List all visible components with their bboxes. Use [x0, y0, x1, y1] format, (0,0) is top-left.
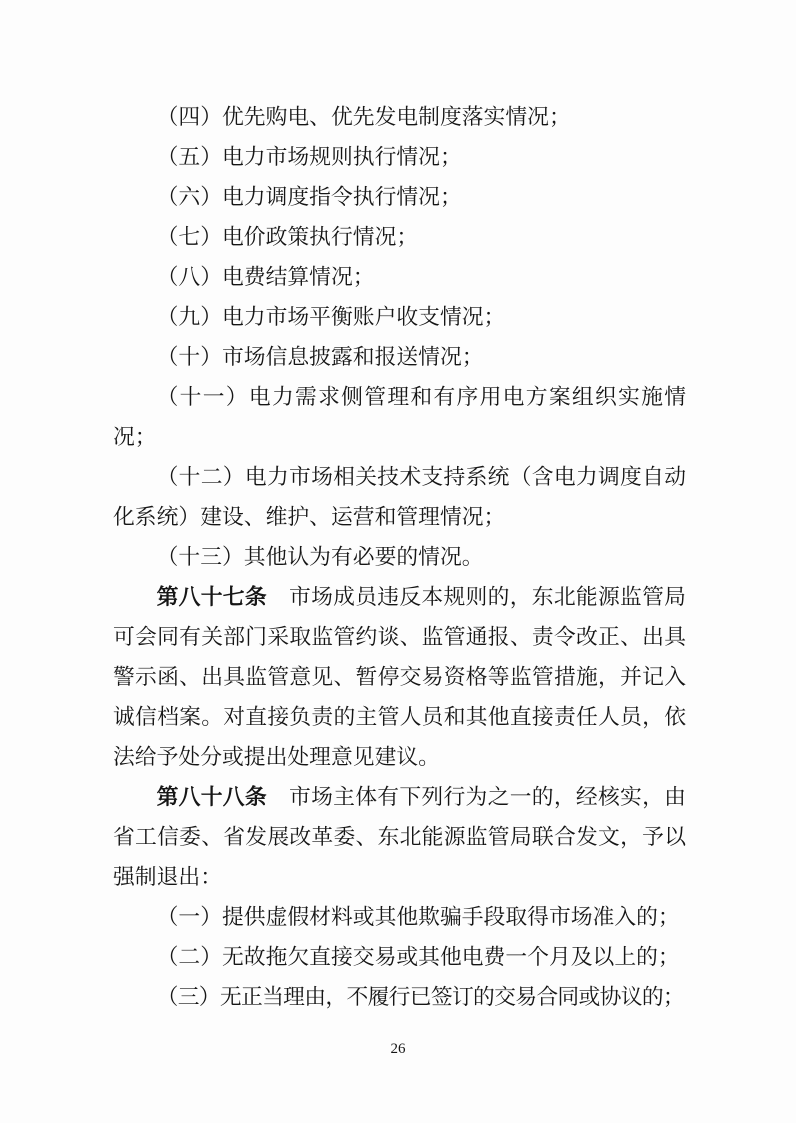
- paragraph-text: （十三）其他认为有必要的情况。: [157, 545, 484, 569]
- list-item-paragraph: （四）优先购电、优先发电制度落实情况；: [113, 97, 686, 137]
- list-item-paragraph: （六）电力调度指令执行情况；: [113, 177, 686, 217]
- list-item-paragraph: （一）提供虚假材料或其他欺骗手段取得市场准入的；: [113, 897, 686, 937]
- list-item-paragraph: （五）电力市场规则执行情况；: [113, 137, 686, 177]
- paragraph-text: （八）电费结算情况；: [157, 265, 375, 289]
- list-item-paragraph: （七）电价政策执行情况；: [113, 217, 686, 257]
- list-item-paragraph: （十二）电力市场相关技术支持系统（含电力调度自动化系统）建设、维护、运营和管理情…: [113, 457, 686, 537]
- list-item-paragraph: （三）无正当理由，不履行已签订的交易合同或协议的；: [113, 977, 686, 1017]
- paragraph-text: （六）电力调度指令执行情况；: [157, 185, 462, 209]
- paragraph-text: （九）电力市场平衡账户收支情况；: [157, 305, 506, 329]
- paragraph-text: （七）电价政策执行情况；: [157, 225, 419, 249]
- list-item-paragraph: （八）电费结算情况；: [113, 257, 686, 297]
- list-item-paragraph: （九）电力市场平衡账户收支情况；: [113, 297, 686, 337]
- paragraph-text: 市场成员违反本规则的，东北能源监管局可会同有关部门采取监管约谈、监管通报、责令改…: [113, 585, 686, 769]
- document-body: （四）优先购电、优先发电制度落实情况；（五）电力市场规则执行情况；（六）电力调度…: [113, 97, 686, 1017]
- paragraph-text: （四）优先购电、优先发电制度落实情况；: [157, 105, 571, 129]
- article-paragraph: 第八十七条 市场成员违反本规则的，东北能源监管局可会同有关部门采取监管约谈、监管…: [113, 577, 686, 777]
- paragraph-text: （二）无故拖欠直接交易或其他电费一个月及以上的；: [157, 945, 680, 969]
- article-paragraph: 第八十八条 市场主体有下列行为之一的，经核实，由省工信委、省发展改革委、东北能源…: [113, 777, 686, 897]
- list-item-paragraph: （十三）其他认为有必要的情况。: [113, 537, 686, 577]
- paragraph-text: （一）提供虚假材料或其他欺骗手段取得市场准入的；: [157, 905, 680, 929]
- document-page: （四）优先购电、优先发电制度落实情况；（五）电力市场规则执行情况；（六）电力调度…: [0, 0, 796, 1123]
- paragraph-text: （三）无正当理由，不履行已签订的交易合同或协议的；: [157, 985, 684, 1009]
- paragraph-text: （五）电力市场规则执行情况；: [157, 145, 462, 169]
- list-item-paragraph: （二）无故拖欠直接交易或其他电费一个月及以上的；: [113, 937, 686, 977]
- article-number: 第八十八条: [157, 785, 267, 809]
- list-item-paragraph: （十）市场信息披露和报送情况；: [113, 337, 686, 377]
- paragraph-text: （十一）电力需求侧管理和有序用电方案组织实施情况；: [113, 385, 686, 449]
- paragraph-text: （十二）电力市场相关技术支持系统（含电力调度自动化系统）建设、维护、运营和管理情…: [113, 465, 686, 529]
- article-number: 第八十七条: [157, 585, 267, 609]
- paragraph-text: （十）市场信息披露和报送情况；: [157, 345, 484, 369]
- page-number: 26: [0, 1041, 796, 1058]
- list-item-paragraph: （十一）电力需求侧管理和有序用电方案组织实施情况；: [113, 377, 686, 457]
